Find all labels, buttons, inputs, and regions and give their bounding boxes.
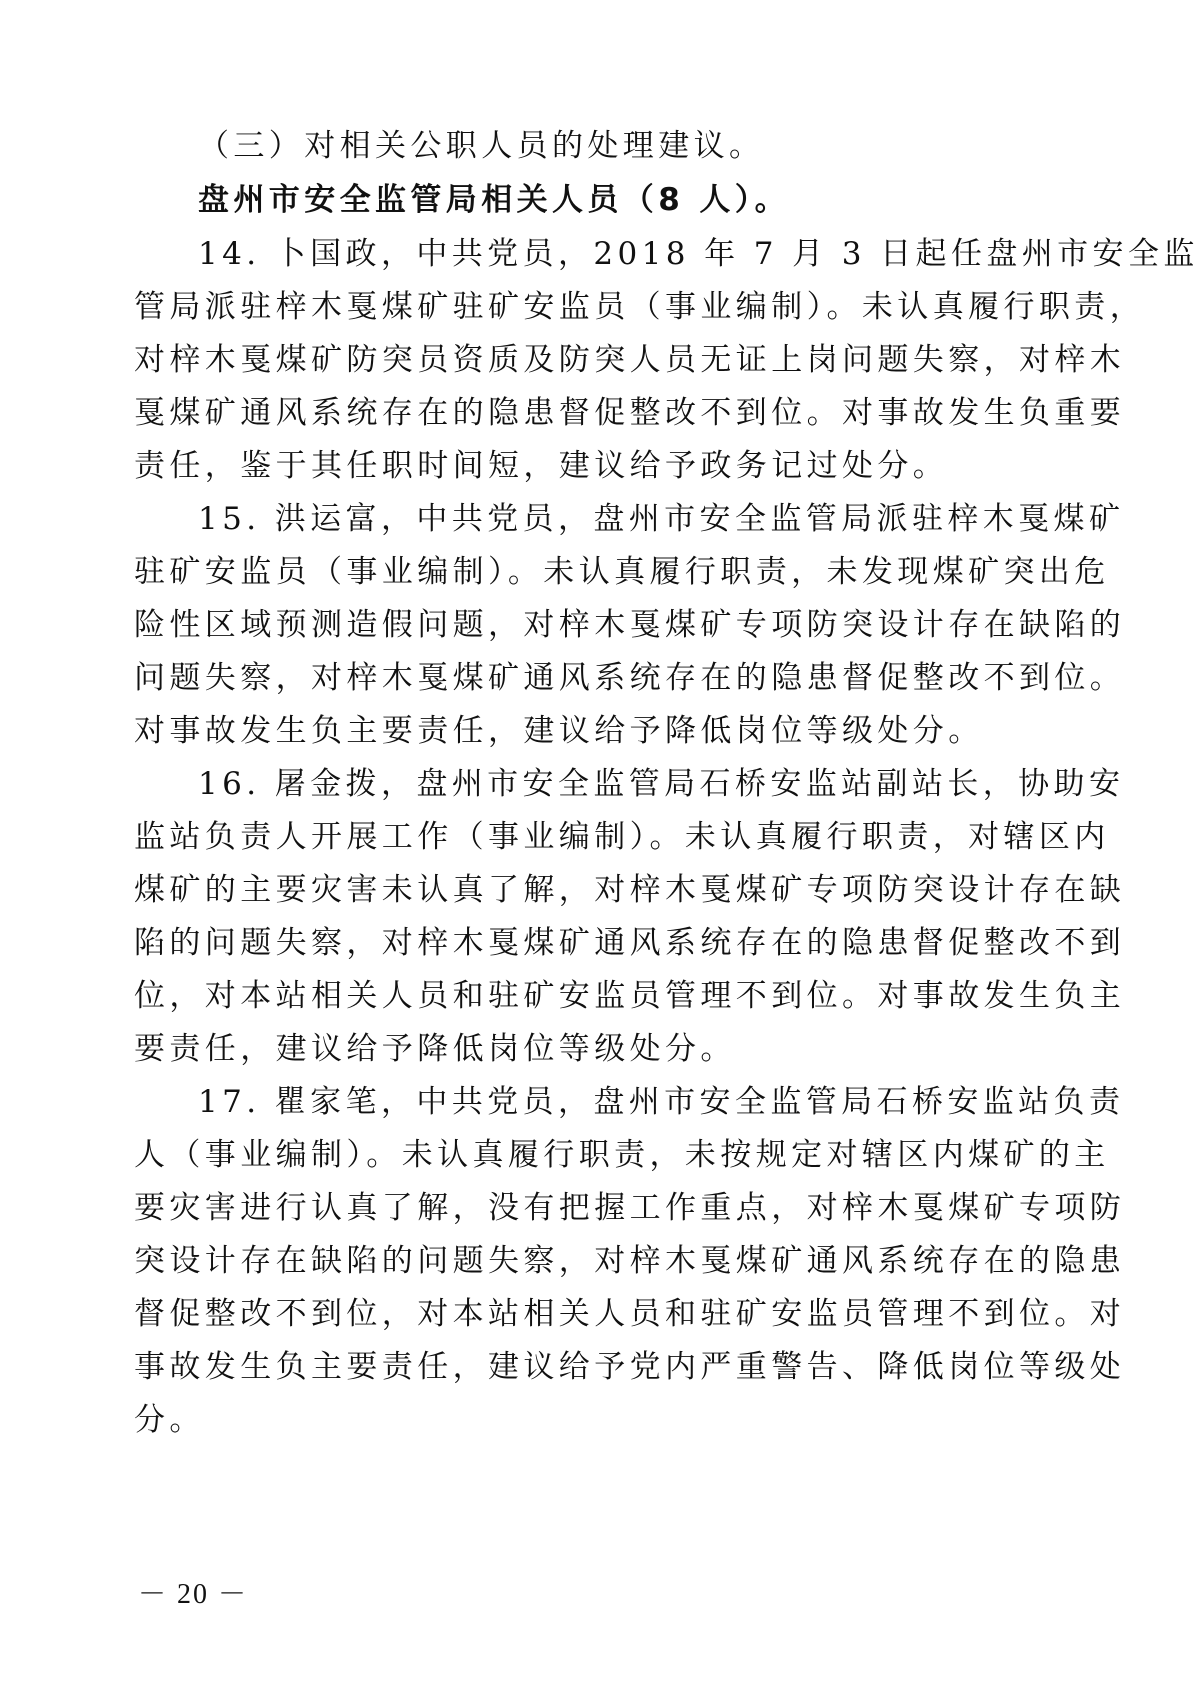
paragraph-line: 突设计存在缺陷的问题失察，对梓木戛煤矿通风系统存在的隐患 bbox=[134, 1241, 1064, 1281]
paragraph-line: 问题失察，对梓木戛煤矿通风系统存在的隐患督促整改不到位。 bbox=[134, 658, 1064, 698]
paragraph-line: 分。 bbox=[134, 1400, 1064, 1440]
paragraph-line: 险性区域预测造假问题，对梓木戛煤矿专项防突设计存在缺陷的 bbox=[134, 605, 1064, 645]
section-heading: （三）对相关公职人员的处理建议。 bbox=[198, 126, 1128, 166]
paragraph-line: 14. 卜国政，中共党员，2018 年 7 月 3 日起任盘州市安全监 bbox=[198, 234, 1064, 274]
paragraph-line: 督促整改不到位，对本站相关人员和驻矿安监员管理不到位。对 bbox=[134, 1294, 1064, 1334]
paragraph-line: 要灾害进行认真了解，没有把握工作重点，对梓木戛煤矿专项防 bbox=[134, 1188, 1064, 1228]
paragraph-line: 监站负责人开展工作（事业编制）。未认真履行职责，对辖区内 bbox=[134, 817, 1064, 857]
subheading: 盘州市安全监管局相关人员（8 人）。 bbox=[198, 180, 1128, 220]
paragraph-line: 管局派驻梓木戛煤矿驻矿安监员（事业编制）。未认真履行职责， bbox=[134, 287, 1064, 327]
paragraph-line: 责任，鉴于其任职时间短，建议给予政务记过处分。 bbox=[134, 446, 1064, 486]
paragraph-line: 位，对本站相关人员和驻矿安监员管理不到位。对事故发生负主 bbox=[134, 976, 1064, 1016]
paragraph-line: 16. 屠金拨，盘州市安全监管局石桥安监站副站长，协助安 bbox=[198, 764, 1064, 804]
page-number: － 20 － bbox=[138, 1578, 248, 1612]
paragraph-line: 驻矿安监员（事业编制）。未认真履行职责，未发现煤矿突出危 bbox=[134, 552, 1064, 592]
paragraph-line: 要责任，建议给予降低岗位等级处分。 bbox=[134, 1029, 1064, 1069]
paragraph-line: 17. 瞿家笔，中共党员，盘州市安全监管局石桥安监站负责 bbox=[198, 1082, 1064, 1122]
document-page: （三）对相关公职人员的处理建议。 盘州市安全监管局相关人员（8 人）。 14. … bbox=[0, 0, 1199, 1696]
paragraph-line: 陷的问题失察，对梓木戛煤矿通风系统存在的隐患督促整改不到 bbox=[134, 923, 1064, 963]
paragraph-line: 15. 洪运富，中共党员，盘州市安全监管局派驻梓木戛煤矿 bbox=[198, 499, 1064, 539]
paragraph-line: 人（事业编制）。未认真履行职责，未按规定对辖区内煤矿的主 bbox=[134, 1135, 1064, 1175]
paragraph-line: 对事故发生负主要责任，建议给予降低岗位等级处分。 bbox=[134, 711, 1064, 751]
paragraph-line: 戛煤矿通风系统存在的隐患督促整改不到位。对事故发生负重要 bbox=[134, 393, 1064, 433]
paragraph-line: 煤矿的主要灾害未认真了解，对梓木戛煤矿专项防突设计存在缺 bbox=[134, 870, 1064, 910]
paragraph-line: 事故发生负主要责任，建议给予党内严重警告、降低岗位等级处 bbox=[134, 1347, 1064, 1387]
paragraph-line: 对梓木戛煤矿防突员资质及防突人员无证上岗问题失察，对梓木 bbox=[134, 340, 1064, 380]
